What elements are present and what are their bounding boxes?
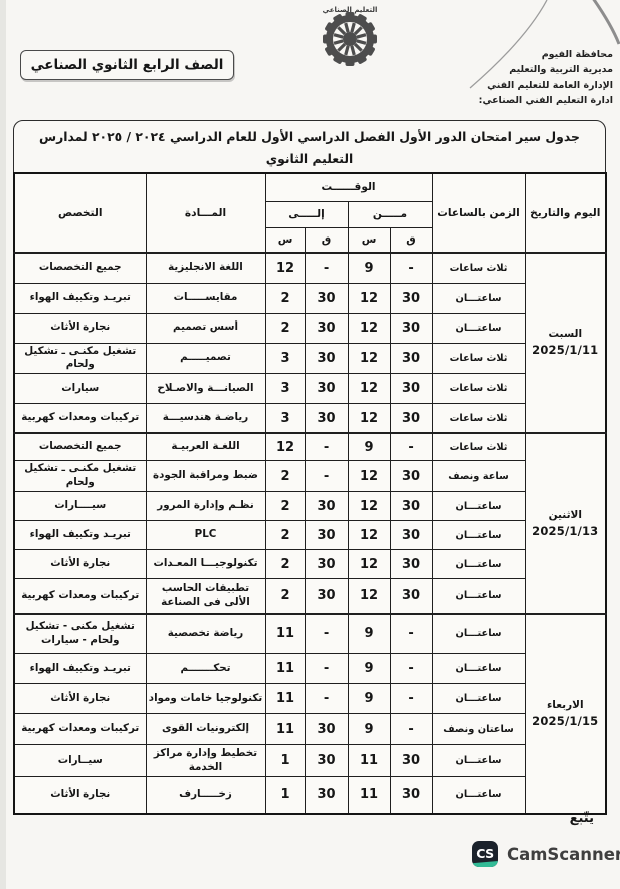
cell-to-minutes: 30 [305, 374, 348, 404]
cell-to-hours: 12 [265, 253, 305, 283]
cell-from-hours: 9 [348, 654, 390, 684]
cell-duration: ساعتـــان [432, 313, 525, 343]
table-row: ساعتـــان 30 12 30 2 أسس تصميم نجارة الأ… [14, 313, 606, 343]
cell-from-minutes: - [390, 684, 432, 714]
cell-to-hours: 2 [265, 313, 305, 343]
cell-to-minutes: 30 [305, 343, 348, 374]
cell-to-hours: 2 [265, 461, 305, 492]
cell-to-minutes: - [305, 253, 348, 283]
table-row: ثلاث ساعات 30 12 30 3 رياضـة هندسيـــة ت… [14, 404, 606, 433]
cell-to-minutes: 30 [305, 521, 348, 550]
cell-subject: زخـــــارف [146, 777, 265, 814]
org-line-directorate: مديرية التربية والتعليم [423, 62, 613, 77]
cell-subject: تخطيط وإدارة مراكز الخدمة [146, 745, 265, 777]
cell-duration: ساعتـــان [432, 745, 525, 777]
scanned-exam-schedule-page: التعليم الصناعي [0, 0, 620, 889]
cell-duration: ساعتـــان [432, 521, 525, 550]
cell-to-minutes: - [305, 614, 348, 654]
cell-to-hours: 3 [265, 343, 305, 374]
cell-duration: ساعتـــان [432, 283, 525, 313]
cell-from-hours: 9 [348, 433, 390, 461]
day-name: الاثنين [528, 509, 604, 521]
cell-from-hours: 12 [348, 579, 390, 614]
table-row: ساعتـــان 30 12 30 2 نظـم وإدارة المرور … [14, 492, 606, 521]
cell-to-minutes: 30 [305, 404, 348, 433]
table-row: ساعتـــان 30 12 30 2 مقايســـــات تبريـد… [14, 283, 606, 313]
cell-from-minutes: - [390, 433, 432, 461]
cell-duration: ثلاث ساعات [432, 433, 525, 461]
cell-to-hours: 11 [265, 654, 305, 684]
cell-from-hours: 12 [348, 313, 390, 343]
cell-duration: ساعتان ونصف [432, 714, 525, 745]
cell-from-minutes: 30 [390, 374, 432, 404]
cell-from-hours: 9 [348, 253, 390, 283]
industrial-education-emblem: التعليم الصناعي [297, 3, 403, 67]
cell-specialization: تشغيل مكنـى ـ تشكيل ولحام [14, 461, 146, 492]
cell-to-minutes: 30 [305, 714, 348, 745]
header-to-minutes: ق [305, 227, 348, 253]
cell-duration: ثلاث ساعات [432, 404, 525, 433]
cell-from-minutes: 30 [390, 283, 432, 313]
exam-schedule-table: اليوم والتاريخ الزمن بالساعات الوقــــــ… [13, 172, 607, 815]
cell-to-hours: 1 [265, 745, 305, 777]
cell-subject: نظـم وإدارة المرور [146, 492, 265, 521]
cell-duration: ساعتـــان [432, 579, 525, 614]
scan-edge-shadow [0, 0, 6, 889]
table-row: ساعتـــان 30 11 30 1 زخـــــارف نجارة ال… [14, 777, 606, 814]
cell-subject: رياضة تخصصية [146, 614, 265, 654]
table-row: ساعتان ونصف - 9 30 11 إلكترونيات القوى ت… [14, 714, 606, 745]
cell-duration: ساعة ونصف [432, 461, 525, 492]
cell-specialization: تركيبات ومعدات كهربية [14, 714, 146, 745]
cell-duration: ساعتـــان [432, 654, 525, 684]
table-row: ثلاث ساعات 30 12 30 3 الصيانـــة والاصـل… [14, 374, 606, 404]
cell-subject: رياضـة هندسيـــة [146, 404, 265, 433]
cell-to-minutes: 30 [305, 777, 348, 814]
table-row: الاثنين 2025/1/13 ثلاث ساعات - 9 - 12 ال… [14, 433, 606, 461]
cell-specialization: نجارة الأثاث [14, 313, 146, 343]
cell-from-minutes: 30 [390, 521, 432, 550]
table-row: ساعتـــان - 9 - 11 تكنولوجيا خامات ومواد… [14, 684, 606, 714]
cell-to-hours: 2 [265, 283, 305, 313]
table-row: ساعتـــان 30 12 30 2 تطبيقات الحاسب الأل… [14, 579, 606, 614]
cell-specialization: نجارة الأثاث [14, 550, 146, 579]
title-line-1: جدول سير امتحان الدور الأول الفصل الدراس… [24, 126, 595, 170]
cell-specialization: تبريـد وتكييف الهواء [14, 654, 146, 684]
table-row: ساعتـــان 30 12 30 2 PLC تبريـد وتكييف ا… [14, 521, 606, 550]
table-row: ساعتـــان - 9 - 11 تحكـــــــم تبريـد وت… [14, 654, 606, 684]
cell-to-minutes: - [305, 654, 348, 684]
cell-subject: ضبط ومراقبة الجودة [146, 461, 265, 492]
cell-from-hours: 9 [348, 684, 390, 714]
header-subject: المـــادة [146, 173, 265, 253]
camscanner-label: CamScanner [507, 845, 620, 864]
cell-subject: اللغة الانجليزية [146, 253, 265, 283]
cell-from-minutes: 30 [390, 579, 432, 614]
cell-to-hours: 11 [265, 684, 305, 714]
cell-to-hours: 2 [265, 579, 305, 614]
cell-to-minutes: 30 [305, 579, 348, 614]
day-name: الاربعاء [528, 699, 604, 711]
cell-duration: ثلاث ساعات [432, 253, 525, 283]
cell-specialization: تشغيل مكنـى ـ تشكيل ولحام [14, 343, 146, 374]
cell-to-minutes: 30 [305, 313, 348, 343]
cell-specialization: تركيبات ومعدات كهربية [14, 579, 146, 614]
header-day-date: اليوم والتاريخ [525, 173, 606, 253]
cell-duration: ساعتـــان [432, 492, 525, 521]
org-line-department: ادارة التعليم الفني الصناعي: [423, 93, 613, 108]
cell-subject: تكنولوجيـــا المعـدات [146, 550, 265, 579]
cell-to-hours: 11 [265, 714, 305, 745]
header-from: مـــــن [348, 201, 432, 227]
cell-from-hours: 12 [348, 283, 390, 313]
cell-specialization: سيارات [14, 374, 146, 404]
table-row: ثلاث ساعات 30 12 30 3 تصميـــــم تشغيل م… [14, 343, 606, 374]
cell-to-hours: 2 [265, 550, 305, 579]
cell-to-hours: 3 [265, 374, 305, 404]
camscanner-watermark: CS CamScanner [472, 841, 620, 867]
cell-from-minutes: - [390, 714, 432, 745]
cell-subject: تطبيقات الحاسب الألى فى الصناعة [146, 579, 265, 614]
header-from-minutes: ق [390, 227, 432, 253]
day-date: 2025/1/13 [528, 524, 604, 538]
cell-subject: أسس تصميم [146, 313, 265, 343]
gear-logo-icon: التعليم الصناعي [297, 3, 403, 67]
cell-specialization: جميع التخصصات [14, 433, 146, 461]
cell-to-hours: 11 [265, 614, 305, 654]
cell-from-minutes: - [390, 654, 432, 684]
cell-to-minutes: 30 [305, 550, 348, 579]
cell-duration: ساعتـــان [432, 614, 525, 654]
camscanner-cs-glyph: CS [476, 846, 493, 861]
cell-specialization: تشغيل مكنى - تشكيل ولحام - سيارات [14, 614, 146, 654]
cell-duration: ساعتـــان [432, 777, 525, 814]
cell-to-hours: 2 [265, 492, 305, 521]
cell-specialization: تركيبات ومعدات كهربية [14, 404, 146, 433]
table-row: ساعتـــان 30 11 30 1 تخطيط وإدارة مراكز … [14, 745, 606, 777]
camscanner-ribbon [472, 861, 498, 867]
cell-subject: اللغـة العربيـة [146, 433, 265, 461]
cell-from-minutes: 30 [390, 404, 432, 433]
cell-day: السبت 2025/1/11 [525, 253, 606, 433]
cell-specialization: سيــــارات [14, 492, 146, 521]
cell-specialization: جميع التخصصات [14, 253, 146, 283]
cell-to-minutes: - [305, 684, 348, 714]
cell-duration: ساعتـــان [432, 684, 525, 714]
cell-to-hours: 1 [265, 777, 305, 814]
cell-subject: الصيانـــة والاصـلاح [146, 374, 265, 404]
continued-marker: يتّبع [570, 811, 594, 826]
cell-specialization: سيــارات [14, 745, 146, 777]
cell-specialization: نجارة الأثاث [14, 684, 146, 714]
table-row: السبت 2025/1/11 ثلاث ساعات - 9 - 12 اللغ… [14, 253, 606, 283]
cell-from-hours: 12 [348, 550, 390, 579]
cell-from-minutes: 30 [390, 461, 432, 492]
cell-day: الاثنين 2025/1/13 [525, 433, 606, 614]
cell-from-minutes: 30 [390, 492, 432, 521]
cell-from-hours: 12 [348, 492, 390, 521]
cell-from-minutes: 30 [390, 550, 432, 579]
cell-to-minutes: 30 [305, 745, 348, 777]
table-row: ساعة ونصف 30 12 - 2 ضبط ومراقبة الجودة ت… [14, 461, 606, 492]
cell-subject: تصميـــــم [146, 343, 265, 374]
cell-from-minutes: 30 [390, 343, 432, 374]
cell-from-hours: 12 [348, 461, 390, 492]
org-line-administration: الإدارة العامة للتعليم الفني [423, 78, 613, 93]
cell-subject: تكنولوجيا خامات ومواد [146, 684, 265, 714]
day-name: السبت [528, 328, 604, 340]
cell-from-hours: 9 [348, 714, 390, 745]
cell-to-minutes: 30 [305, 492, 348, 521]
cell-from-minutes: 30 [390, 313, 432, 343]
cell-to-hours: 12 [265, 433, 305, 461]
cell-from-hours: 12 [348, 404, 390, 433]
cell-day: الاربعاء 2025/1/15 [525, 614, 606, 814]
cell-from-hours: 12 [348, 343, 390, 374]
cell-from-hours: 12 [348, 374, 390, 404]
header-to: إلـــــى [265, 201, 348, 227]
cell-subject: PLC [146, 521, 265, 550]
cell-subject: تحكـــــــم [146, 654, 265, 684]
cell-specialization: تبريـد وتكييف الهواء [14, 283, 146, 313]
cell-to-hours: 3 [265, 404, 305, 433]
cell-from-hours: 9 [348, 614, 390, 654]
cell-from-minutes: 30 [390, 745, 432, 777]
table-row: ساعتـــان 30 12 30 2 تكنولوجيـــا المعـد… [14, 550, 606, 579]
day-date: 2025/1/11 [528, 343, 604, 357]
cell-subject: مقايســـــات [146, 283, 265, 313]
organization-header: محافظة الفيوم مديرية التربية والتعليم ال… [423, 47, 613, 109]
org-line-governorate: محافظة الفيوم [423, 47, 613, 62]
camscanner-icon: CS [472, 841, 498, 867]
cell-specialization: تبريـد وتكييف الهواء [14, 521, 146, 550]
cell-specialization: نجارة الأثاث [14, 777, 146, 814]
cell-to-minutes: - [305, 433, 348, 461]
header-to-hours: س [265, 227, 305, 253]
cell-duration: ثلاث ساعات [432, 374, 525, 404]
header-from-hours: س [348, 227, 390, 253]
cell-from-minutes: - [390, 614, 432, 654]
cell-to-minutes: - [305, 461, 348, 492]
cell-duration: ساعتـــان [432, 550, 525, 579]
cell-to-minutes: 30 [305, 283, 348, 313]
header-duration: الزمن بالساعات [432, 173, 525, 253]
cell-from-minutes: - [390, 253, 432, 283]
header-time: الوقــــــت [265, 173, 432, 201]
cell-to-hours: 2 [265, 521, 305, 550]
cell-from-hours: 12 [348, 521, 390, 550]
header-specialization: التخصص [14, 173, 146, 253]
day-date: 2025/1/15 [528, 714, 604, 728]
cell-duration: ثلاث ساعات [432, 343, 525, 374]
table-row: الاربعاء 2025/1/15 ساعتـــان - 9 - 11 ري… [14, 614, 606, 654]
cell-from-hours: 11 [348, 745, 390, 777]
cell-from-minutes: 30 [390, 777, 432, 814]
grade-title-box: الصف الرابع الثانوي الصناعي [20, 50, 234, 80]
cell-subject: إلكترونيات القوى [146, 714, 265, 745]
cell-from-hours: 11 [348, 777, 390, 814]
